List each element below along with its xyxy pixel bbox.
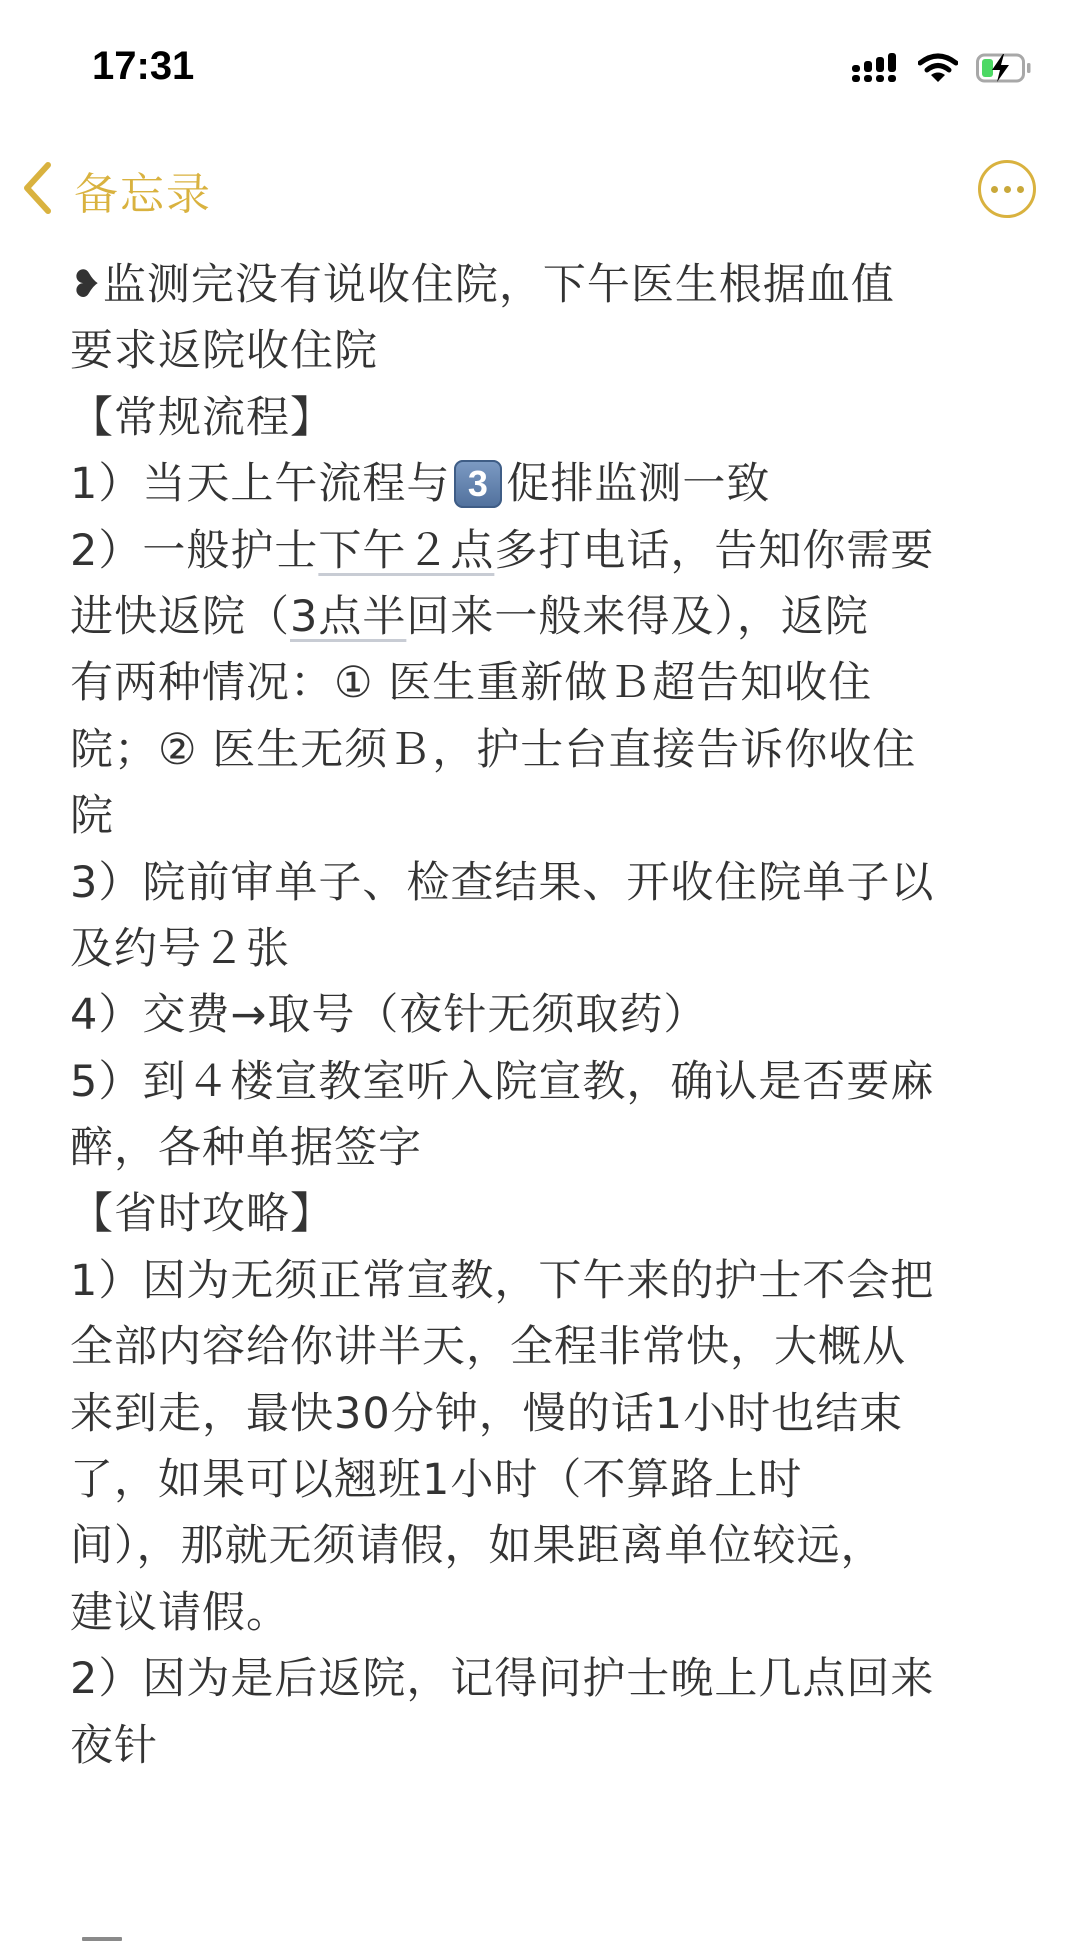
note-text: 多打电话，告知你需要 (494, 526, 934, 576)
note-line: 要求返院收住院 (70, 318, 1030, 384)
status-bar: 17:31 (0, 0, 1080, 120)
back-button[interactable]: 备忘录 (22, 158, 212, 222)
note-line-step4: 4）交费→取号（夜针无须取药） (70, 982, 1030, 1048)
battery-charging-icon (976, 52, 1032, 84)
note-line: 建议请假。 (70, 1580, 1030, 1646)
note-line-tip2: 2）因为是后返院，记得问护士晚上几点回来 (70, 1646, 1030, 1712)
keycap-3-emoji-icon: 3 (454, 460, 502, 508)
wifi-icon (918, 53, 958, 83)
nav-bar: 备忘录 (0, 150, 1080, 230)
note-text: 进快返院（ (70, 592, 290, 642)
note-line: 进快返院（3点半回来一般来得及），返院 (70, 584, 1030, 650)
note-line-step1: 1）当天上午流程与3促排监测一致 (70, 451, 1030, 517)
note-text: 2）一般护士 (70, 526, 318, 576)
note-line: 全部内容给你讲半天，全程非常快，大概从 (70, 1314, 1030, 1380)
note-line: 醉，各种单据签字 (70, 1115, 1030, 1181)
ellipsis-dot-icon (991, 186, 998, 193)
note-text: 监测完没有说收住院，下午医生根据血值 (103, 260, 895, 310)
ellipsis-dot-icon (1004, 186, 1011, 193)
detected-time-link[interactable]: 下午２点 (318, 526, 494, 576)
status-time: 17:31 (92, 44, 194, 89)
chevron-left-icon (22, 161, 52, 219)
note-text: 促排监测一致 (506, 459, 770, 509)
note-line-step3: 3）院前审单子、检查结果、开收住院单子以 (70, 850, 1030, 916)
note-body[interactable]: ❥监测完没有说收住院，下午医生根据血值 要求返院收住院 【常规流程】 1）当天上… (70, 252, 1030, 1779)
note-line: 有两种情况：① 医生重新做Ｂ超告知收住 (70, 650, 1030, 716)
back-label: 备忘录 (74, 158, 212, 222)
status-icons (852, 50, 1032, 86)
detected-time-link[interactable]: 3点半 (290, 592, 406, 642)
section-heading-routine: 【常规流程】 (70, 385, 1030, 451)
more-button[interactable] (978, 160, 1036, 218)
note-line-step2: 2）一般护士下午２点多打电话，告知你需要 (70, 518, 1030, 584)
note-text: 1）当天上午流程与 (70, 459, 450, 509)
toolbar-icon-partial[interactable] (82, 1937, 122, 1941)
note-line-step5: 5）到４楼宣教室听入院宣教，确认是否要麻 (70, 1049, 1030, 1115)
ellipsis-dot-icon (1017, 186, 1024, 193)
cellular-signal-icon (852, 53, 900, 83)
note-line: ❥监测完没有说收住院，下午医生根据血值 (70, 252, 1030, 318)
note-line: 夜针 (70, 1713, 1030, 1779)
note-line: 间），那就无须请假，如果距离单位较远， (70, 1513, 1030, 1579)
note-line-tip1: 1）因为无须正常宣教，下午来的护士不会把 (70, 1248, 1030, 1314)
note-line: 来到走，最快30分钟，慢的话1小时也结束 (70, 1381, 1030, 1447)
heart-bullet-icon: ❥ (70, 251, 103, 317)
note-line: 了，如果可以翘班1小时（不算路上时 (70, 1447, 1030, 1513)
note-line: 及约号２张 (70, 916, 1030, 982)
note-line: 院；② 医生无须Ｂ，护士台直接告诉你收住 (70, 717, 1030, 783)
section-heading-time-saving: 【省时攻略】 (70, 1181, 1030, 1247)
note-text: 回来一般来得及），返院 (406, 592, 869, 642)
note-line: 院 (70, 783, 1030, 849)
